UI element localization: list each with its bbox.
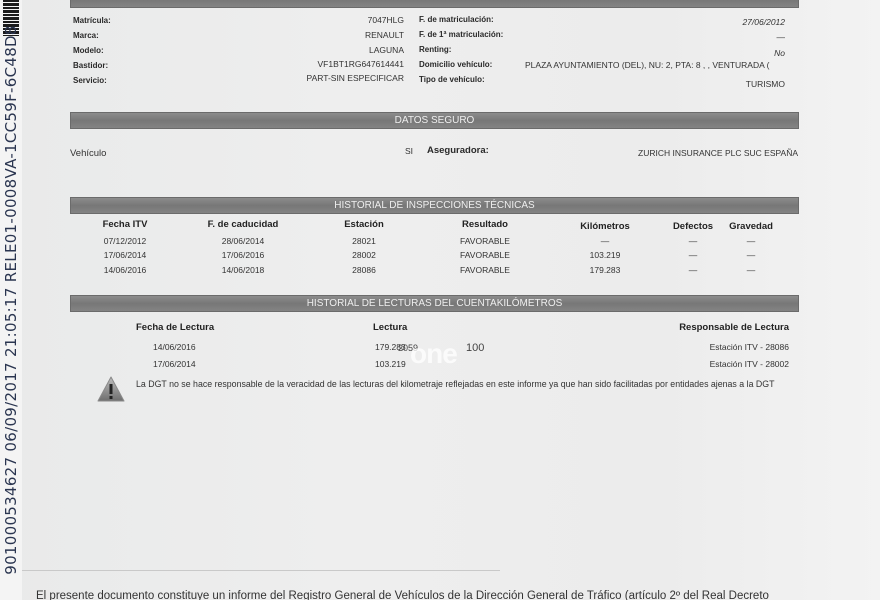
footer-legal-text: El presente documento constituye un info… [36, 590, 769, 600]
inspections-cell: — [601, 236, 610, 246]
inspections-cell: 28002 [352, 250, 376, 260]
vehicle-type-label: Tipo de vehículo: [419, 75, 485, 84]
odometer-cell: 103.219 [375, 359, 406, 369]
insurance-vehicle-value: SI [405, 146, 413, 156]
inspections-cell: — [689, 265, 698, 275]
odometer-cell: 14/06/2016 [153, 342, 196, 352]
address-label: Domicilio vehículo: [419, 60, 492, 69]
odometer-header: Lectura [373, 322, 407, 333]
model-value: LAGUNA [369, 45, 404, 55]
first-registration-label: F. de 1ª matriculación: [419, 30, 503, 39]
odometer-cell: 17/06/2014 [153, 359, 196, 369]
watermark-number-right: 100 [466, 342, 484, 354]
inspections-cell: — [689, 250, 698, 260]
inspections-cell: FAVORABLE [460, 236, 510, 246]
odometer-header: Responsable de Lectura [679, 322, 789, 333]
plate-label: Matrícula: [73, 16, 111, 25]
service-label: Servicio: [73, 76, 107, 85]
inspections-cell: — [747, 236, 756, 246]
inspections-cell: FAVORABLE [460, 250, 510, 260]
insurance-vehicle-label: Vehículo [70, 148, 106, 159]
vehicle-section-bar [70, 0, 799, 8]
inspections-cell: — [747, 265, 756, 275]
warning-triangle-icon [96, 375, 126, 403]
inspections-cell: 28021 [352, 236, 376, 246]
service-value: PART-SIN ESPECIFICAR [307, 73, 404, 83]
inspections-header: Estación [344, 219, 384, 230]
inspections-header: Resultado [462, 219, 508, 230]
inspections-cell: — [747, 250, 756, 260]
model-label: Modelo: [73, 46, 104, 55]
inspections-header: Fecha ITV [103, 219, 148, 230]
inspections-header: Gravedad [729, 221, 773, 232]
inspections-cell: 179.283 [590, 265, 621, 275]
inspections-header: Kilómetros [580, 221, 630, 232]
inspections-cell: FAVORABLE [460, 265, 510, 275]
inspections-cell: 28/06/2014 [222, 236, 265, 246]
vin-label: Bastidor: [73, 61, 108, 70]
inspections-cell: 14/06/2018 [222, 265, 265, 275]
side-margin: 901000534627 06/09/2017 21:05:17 RELE01-… [0, 0, 22, 600]
divider [22, 570, 500, 571]
registration-date-label: F. de matriculación: [419, 15, 494, 24]
inspections-header: F. de caducidad [208, 219, 279, 230]
insurer-value: ZURICH INSURANCE PLC SUC ESPAÑA [638, 148, 798, 158]
renting-label: Renting: [419, 45, 451, 54]
vin-value: VF1BT1RG647614441 [318, 59, 404, 69]
document-code: 901000534627 06/09/2017 21:05:17 RELE01-… [2, 25, 20, 575]
inspections-cell: 17/06/2016 [222, 250, 265, 260]
plate-value: 7047HLG [368, 15, 404, 25]
inspections-cell: 103.219 [590, 250, 621, 260]
address-value: PLAZA AYUNTAMIENTO (DEL), NU: 2, PTA: 8 … [525, 60, 770, 70]
inspections-cell: — [689, 236, 698, 246]
first-registration-value: — [777, 32, 786, 42]
brand-label: Marca: [73, 31, 99, 40]
vehicle-type-value: TURISMO [746, 79, 785, 89]
insurer-label: Aseguradora: [427, 145, 489, 156]
odometer-cell: Estación ITV - 28002 [710, 359, 789, 369]
renting-value: No [774, 48, 785, 58]
registration-date-value: 27/06/2012 [742, 17, 785, 27]
inspections-cell: 14/06/2016 [104, 265, 147, 275]
odometer-cell: Estación ITV - 28086 [710, 342, 789, 352]
inspections-cell: 07/12/2012 [104, 236, 147, 246]
odometer-header: Fecha de Lectura [136, 322, 214, 333]
warning-text: La DGT no se hace responsable de la vera… [136, 378, 786, 390]
inspections-header: Defectos [673, 221, 713, 232]
insurance-section-title: DATOS SEGURO [70, 112, 799, 129]
inspections-cell: 17/06/2014 [104, 250, 147, 260]
watermark-logo: one [410, 338, 457, 370]
brand-value: RENAULT [365, 30, 404, 40]
odometer-section-title: HISTORIAL DE LECTURAS DEL CUENTAKILÓMETR… [70, 295, 799, 312]
inspections-section-title: HISTORIAL DE INSPECCIONES TÉCNICAS [70, 197, 799, 214]
inspections-cell: 28086 [352, 265, 376, 275]
